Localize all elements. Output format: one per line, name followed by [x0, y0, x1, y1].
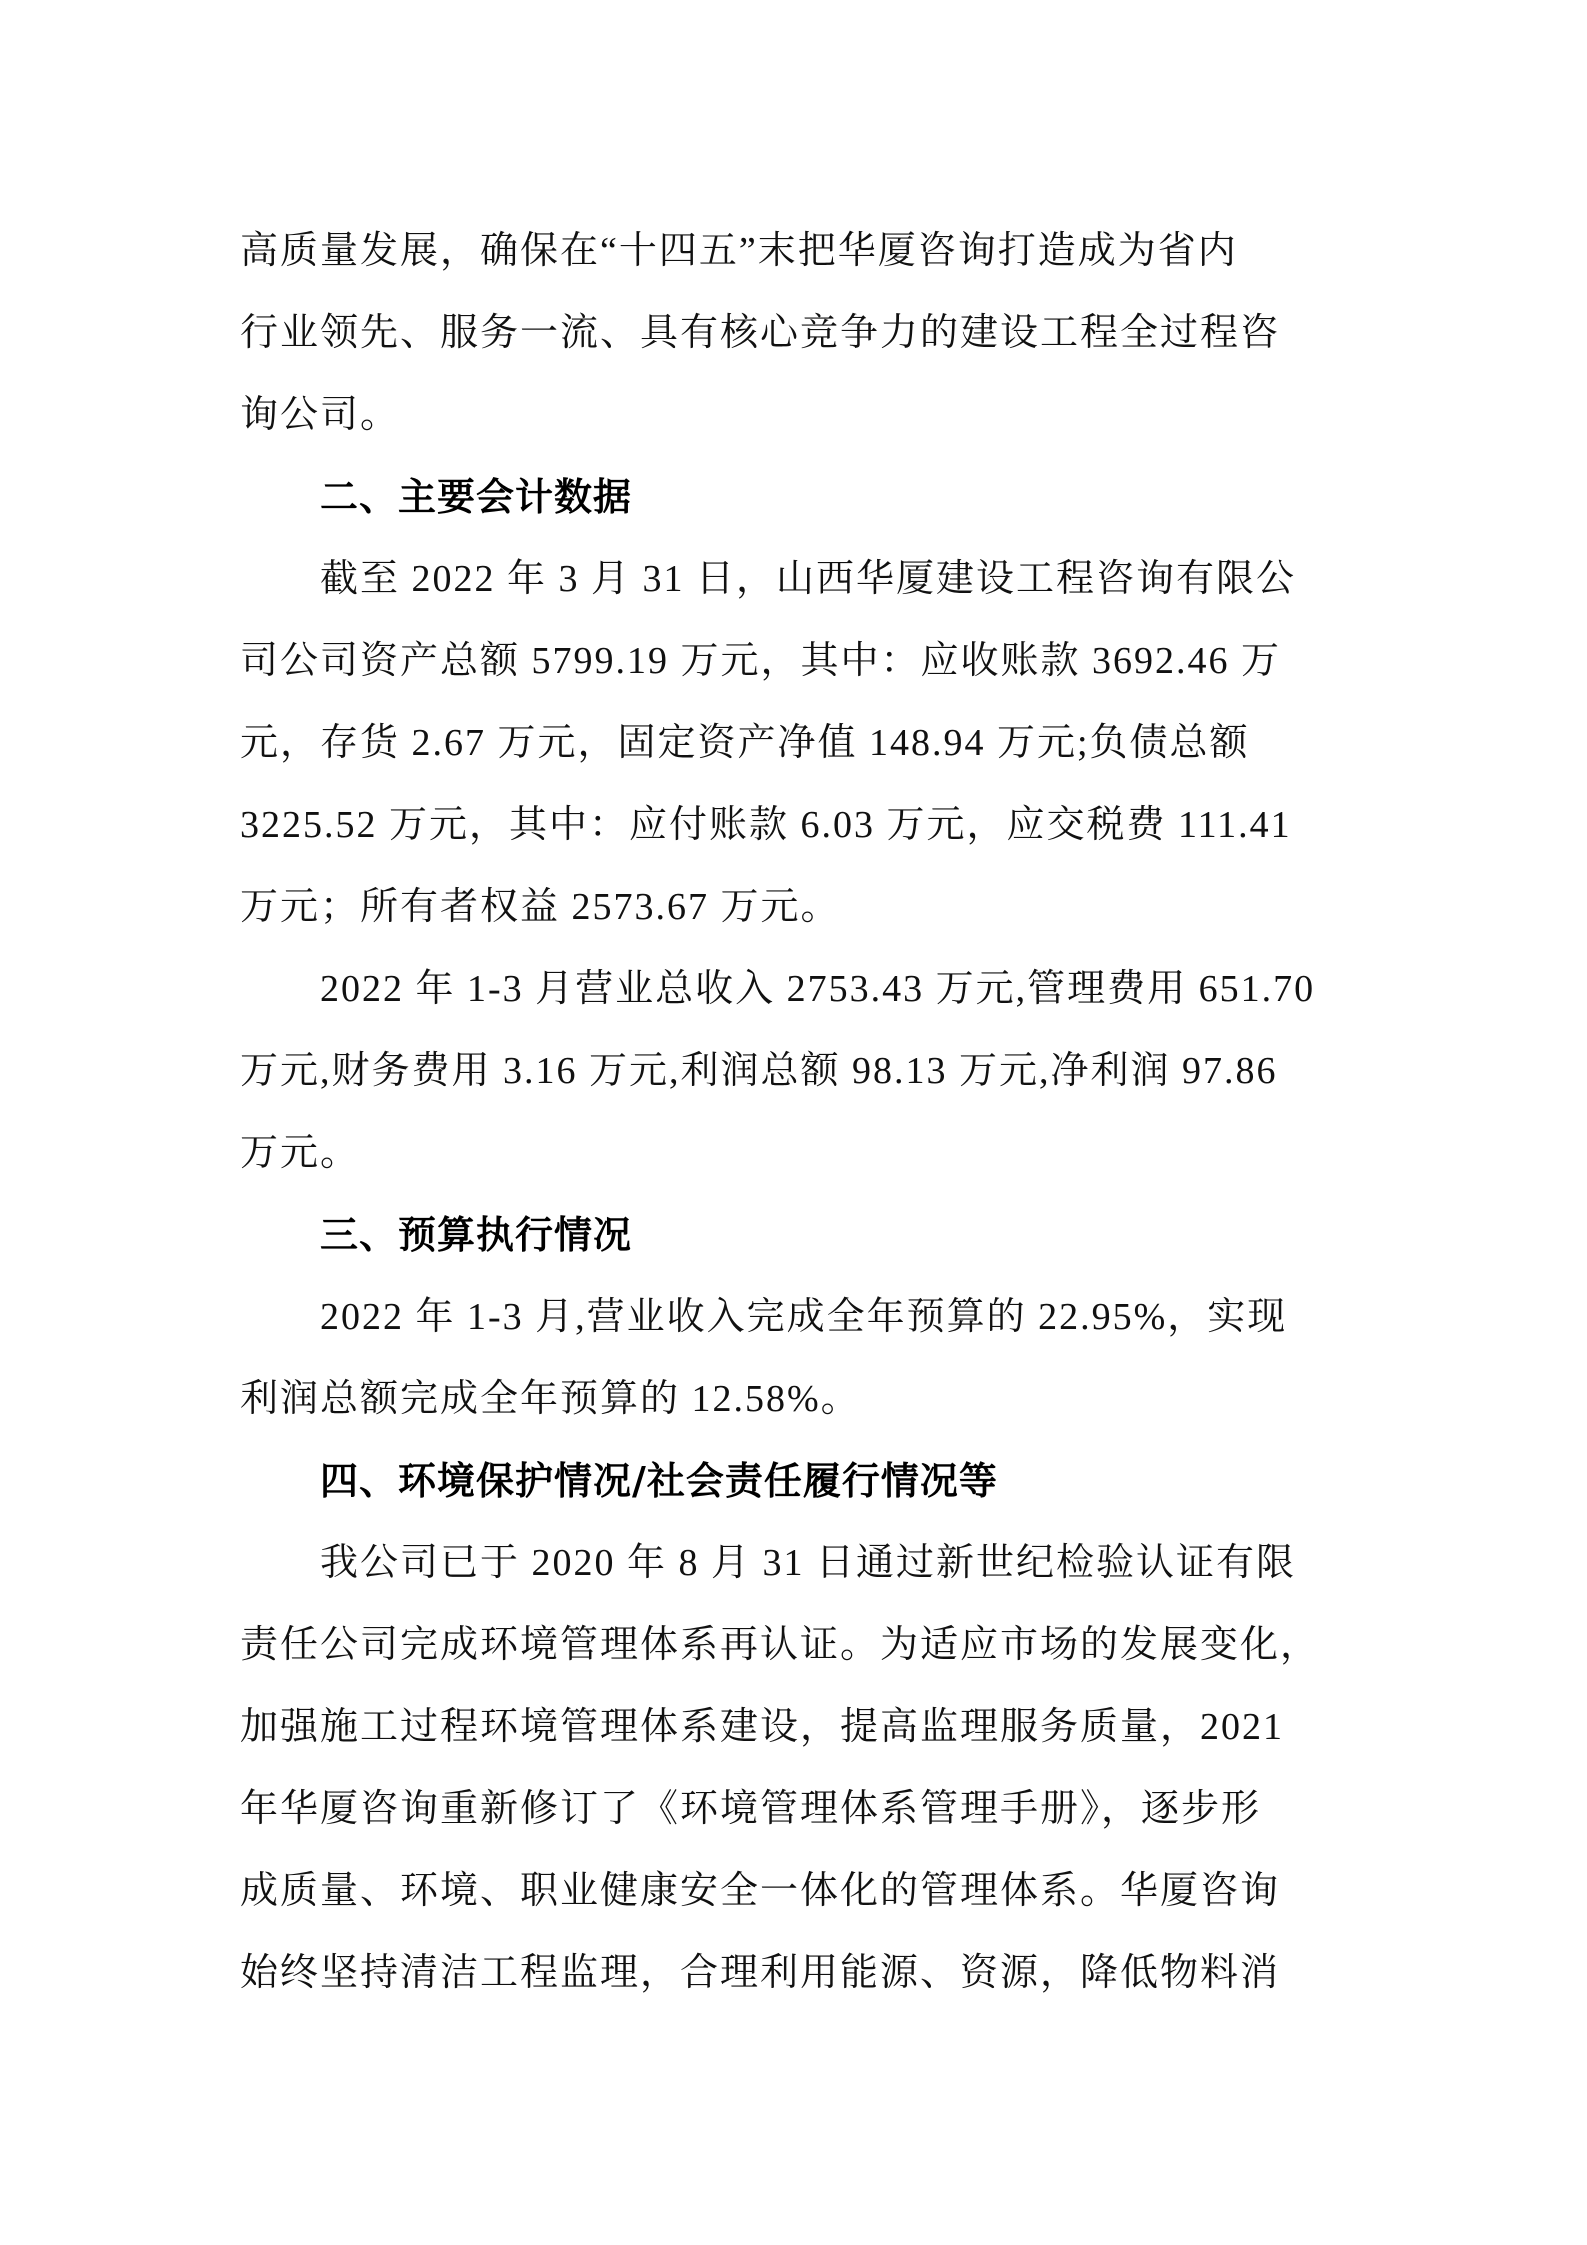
text-line: 询公司。 [240, 374, 1352, 456]
text-line: 年华厦咨询重新修订了《环境管理体系管理手册》，逐步形 [240, 1768, 1352, 1850]
text-line: 司公司资产总额 5799.19 万元，其中：应收账款 3692.46 万 [240, 620, 1352, 702]
text-line: 成质量、环境、职业健康安全一体化的管理体系。华厦咨询 [240, 1850, 1352, 1932]
section-heading-budget-execution: 三、预算执行情况 [240, 1194, 1352, 1276]
accounting-income-paragraph: 2022 年 1-3 月营业总收入 2753.43 万元,管理费用 651.70… [240, 948, 1352, 1194]
text-line: 元，存货 2.67 万元，固定资产净值 148.94 万元;负债总额 [240, 702, 1352, 784]
text-line: 万元,财务费用 3.16 万元,利润总额 98.13 万元,净利润 97.86 [240, 1030, 1352, 1112]
text-line: 利润总额完成全年预算的 12.58%。 [240, 1358, 1352, 1440]
text-line: 2022 年 1-3 月营业总收入 2753.43 万元,管理费用 651.70 [240, 948, 1352, 1030]
budget-execution-paragraph: 2022 年 1-3 月,营业收入完成全年预算的 22.95%，实现 利润总额完… [240, 1276, 1352, 1440]
text-line: 加强施工过程环境管理体系建设，提高监理服务质量，2021 [240, 1686, 1352, 1768]
section-heading-environmental-protection: 四、环境保护情况/社会责任履行情况等 [240, 1440, 1352, 1522]
intro-paragraph: 高质量发展，确保在“十四五”末把华厦咨询打造成为省内 行业领先、服务一流、具有核… [240, 210, 1352, 456]
accounting-balance-paragraph: 截至 2022 年 3 月 31 日，山西华厦建设工程咨询有限公 司公司资产总额… [240, 538, 1352, 948]
text-line: 行业领先、服务一流、具有核心竞争力的建设工程全过程咨 [240, 292, 1352, 374]
text-line: 始终坚持清洁工程监理，合理利用能源、资源，降低物料消 [240, 1932, 1352, 2014]
text-line: 2022 年 1-3 月,营业收入完成全年预算的 22.95%，实现 [240, 1276, 1352, 1358]
text-line: 万元；所有者权益 2573.67 万元。 [240, 866, 1352, 948]
text-line: 责任公司完成环境管理体系再认证。为适应市场的发展变化， [240, 1604, 1352, 1686]
document-page: 高质量发展，确保在“十四五”末把华厦咨询打造成为省内 行业领先、服务一流、具有核… [240, 210, 1352, 2014]
section-heading-accounting-data: 二、主要会计数据 [240, 456, 1352, 538]
text-line: 3225.52 万元，其中：应付账款 6.03 万元，应交税费 111.41 [240, 784, 1352, 866]
text-line: 我公司已于 2020 年 8 月 31 日通过新世纪检验认证有限 [240, 1522, 1352, 1604]
text-line: 万元。 [240, 1112, 1352, 1194]
text-line: 截至 2022 年 3 月 31 日，山西华厦建设工程咨询有限公 [240, 538, 1352, 620]
text-line: 高质量发展，确保在“十四五”末把华厦咨询打造成为省内 [240, 210, 1352, 292]
environmental-paragraph: 我公司已于 2020 年 8 月 31 日通过新世纪检验认证有限 责任公司完成环… [240, 1522, 1352, 2014]
